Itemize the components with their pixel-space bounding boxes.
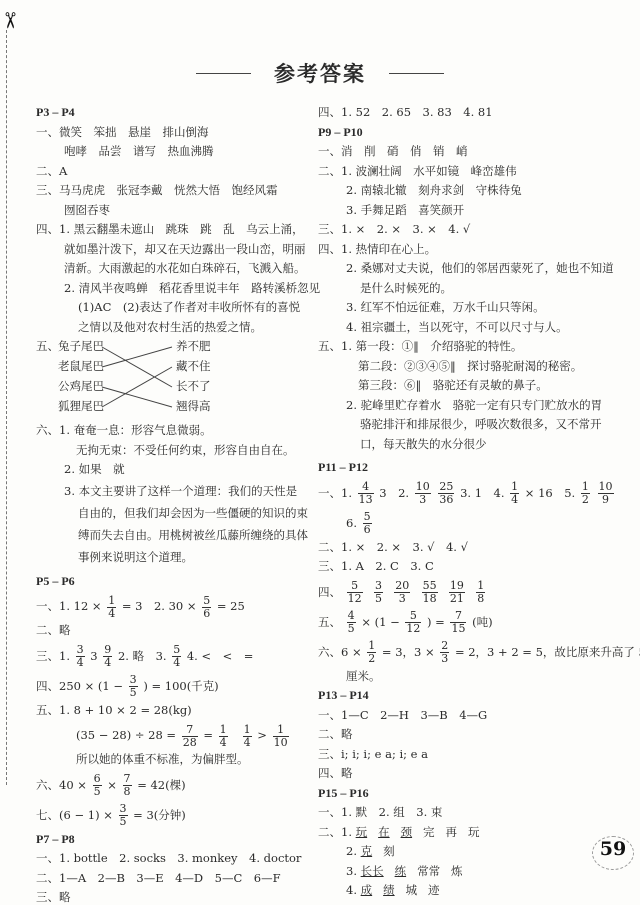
answer-line: 2. 桑娜对丈夫说，他们的邻居西蒙死了，她也不知道是什么时候死的。 (318, 259, 618, 298)
answer-line: 厘米。 (318, 667, 618, 687)
answer-line: 第三段：⑥‖ 骆驼还有灵敏的鼻子。 (318, 376, 618, 396)
answer-line: 一、1. 12 × 14 = 3 2. 30 × 56 = 25 (36, 591, 308, 621)
answer-line: 四、1. 热情印在心上。 (318, 240, 618, 260)
page-number-badge: 59 (590, 838, 636, 878)
answer-line: 3. 本文主要讲了这样一个道理：我们的天性是自由的，但我们却会因为一些僵硬的知识… (36, 480, 308, 568)
section-label: P13 – P14 (318, 686, 618, 706)
answer-line: 一、微笑 笨拙 悬崖 排山倒海 (36, 123, 308, 143)
answer-line: 六、6 × 12 = 3，3 × 23 = 2，3 + 2 = 5，故比原来升高… (318, 637, 618, 667)
page-number-decoration (592, 836, 634, 870)
page-title: 参考答案 (274, 61, 366, 86)
question-number: 五、 (36, 337, 59, 357)
answer-line: 七、(6 − 1) × 35 = 3(分钟) (36, 800, 308, 830)
title-rule-right (389, 73, 444, 74)
answer-line: 囫囵吞枣 (36, 201, 308, 221)
matching-exercise: 五、 兔子尾巴 老鼠尾巴 公鸡尾巴 狐狸尾巴 养不肥 藏不住 长不了 翘得高 (36, 337, 308, 421)
match-right-item: 藏不住 (176, 357, 236, 377)
section-label: P7 – P8 (36, 830, 308, 850)
left-column: P3 – P4 一、微笑 笨拙 悬崖 排山倒海 咆哮 品尝 谱写 热血沸腾 二、… (36, 103, 308, 905)
title-rule-left (196, 73, 251, 74)
answer-line: 2. 克 刻 (318, 842, 618, 862)
section-label: P11 – P12 (318, 458, 618, 478)
answer-line: 三、马马虎虎 张冠李戴 恍然大悟 饱经风霜 (36, 181, 308, 201)
answer-line: 一、消 削 硝 俏 销 峭 (318, 142, 618, 162)
answer-line: 四、 512 35 203 5518 1921 18 (318, 577, 618, 607)
answer-line: 二、A (36, 162, 308, 182)
answer-line: 五、1. 8 + 10 × 2 = 28(kg) (36, 701, 308, 721)
answer-line: 六、1. 奄奄一息：形容气息微弱。 (36, 421, 308, 441)
answer-line: 三、1. × 2. × 3. × 4. √ (318, 220, 618, 240)
answer-line: (35 − 28) ÷ 28 = 728 = 14 14 > 110 (36, 720, 308, 750)
answer-line: 二、1. 玩 在 颈 完 再 玩 (318, 823, 618, 843)
match-right-item: 养不肥 (176, 337, 236, 357)
section-label: P9 – P10 (318, 123, 618, 143)
answer-line: 3. 红军不怕远征难，万水千山只等闲。 (318, 298, 618, 318)
answer-line: 二、略 (36, 621, 308, 641)
match-right-item: 长不了 (176, 377, 236, 397)
answer-line: 一、1. 默 2. 组 3. 束 (318, 803, 618, 823)
answer-line: 三、1. A 2. C 3. C (318, 557, 618, 577)
answer-line: 一、1. bottle 2. socks 3. monkey 4. doctor (36, 849, 308, 869)
section-label: P15 – P16 (318, 784, 618, 804)
answer-line: 六、40 × 65 × 78 = 42(棵) (36, 770, 308, 800)
answer-line: 第二段：②③④⑤‖ 探讨骆驼耐渴的秘密。 (318, 357, 618, 377)
answer-line: 四、250 × (1 − 35 ) = 100(千克) (36, 671, 308, 701)
answer-line: 四、1. 52 2. 65 3. 83 4. 81 (318, 103, 618, 123)
answer-line: 五、 45 × (1 − 512 ) = 715 (吨) (318, 607, 618, 637)
cut-line (6, 30, 7, 785)
answer-line: 2. 南辕北辙 刻舟求剑 守株待兔 (318, 181, 618, 201)
match-right-item: 翘得高 (176, 397, 236, 417)
answer-line: 二、略 (318, 725, 618, 745)
scissors-icon: ✂ (0, 11, 22, 29)
section-label: P3 – P4 (36, 103, 308, 123)
answer-line: 五、1. 第一段：①‖ 介绍骆驼的特性。 (318, 337, 618, 357)
answer-line: 3. 手舞足蹈 喜笑颜开 (318, 201, 618, 221)
answer-line: (1)AC (2)表达了作者对丰收所怀有的喜悦之情以及他对农村生活的热爱之情。 (36, 298, 308, 337)
answer-line: 2. 清风半夜鸣蝉 稻花香里说丰年 路转溪桥忽见 (36, 279, 308, 299)
answer-line: 一、1—C 2—H 3—B 4—G (318, 706, 618, 726)
matching-lines (98, 337, 178, 421)
answer-line: 二、1. 波澜壮阔 水平如镜 峰峦雄伟 (318, 162, 618, 182)
answer-line: 4. 祖宗疆土，当以死守，不可以尺寸与人。 (318, 318, 618, 338)
answer-line: 2. 驼峰里贮存着水 骆驼一定有只专门贮放水的胃 骆驼排汗和排尿很少，呼吸次数很… (318, 396, 618, 455)
answer-line: 无拘无束：不受任何约束，形容自由自在。 (36, 441, 308, 461)
page-header: 参考答案 (0, 58, 640, 88)
answer-line: 二、1—A 2—B 3—E 4—D 5—C 6—F (36, 869, 308, 889)
answer-line: 6. 56 (318, 508, 618, 538)
answer-line: 2. 如果 就 (36, 460, 308, 480)
answer-line: 4. 成 绩 城 迹 (318, 881, 618, 901)
section-label: P5 – P6 (36, 572, 308, 592)
answer-line: 咆哮 品尝 谱写 热血沸腾 (36, 142, 308, 162)
answer-line: 三、略 (36, 888, 308, 905)
answer-line: 所以她的体重不标准，为偏胖型。 (36, 750, 308, 770)
answer-line: 四、略 (318, 764, 618, 784)
answer-line: 三、i; i; i; e a; i; e a (318, 745, 618, 765)
answer-line: 一、1. 413 3 2. 103 2536 3. 1 4. 14 × 16 5… (318, 478, 618, 508)
right-column: 四、1. 52 2. 65 3. 83 4. 81 P9 – P10 一、消 削… (318, 103, 618, 901)
answer-line: 二、1. × 2. × 3. √ 4. √ (318, 538, 618, 558)
answer-line: 三、1. 34 3 94 2. 略 3. 54 4. < < = (36, 641, 308, 671)
answer-line: 3. 长长 练 常常 炼 (318, 862, 618, 882)
answer-line: 四、1. 黑云翻墨未遮山 跳珠 跳 乱 乌云上涌，就如墨汁泼下，却又在天边露出一… (36, 220, 308, 279)
